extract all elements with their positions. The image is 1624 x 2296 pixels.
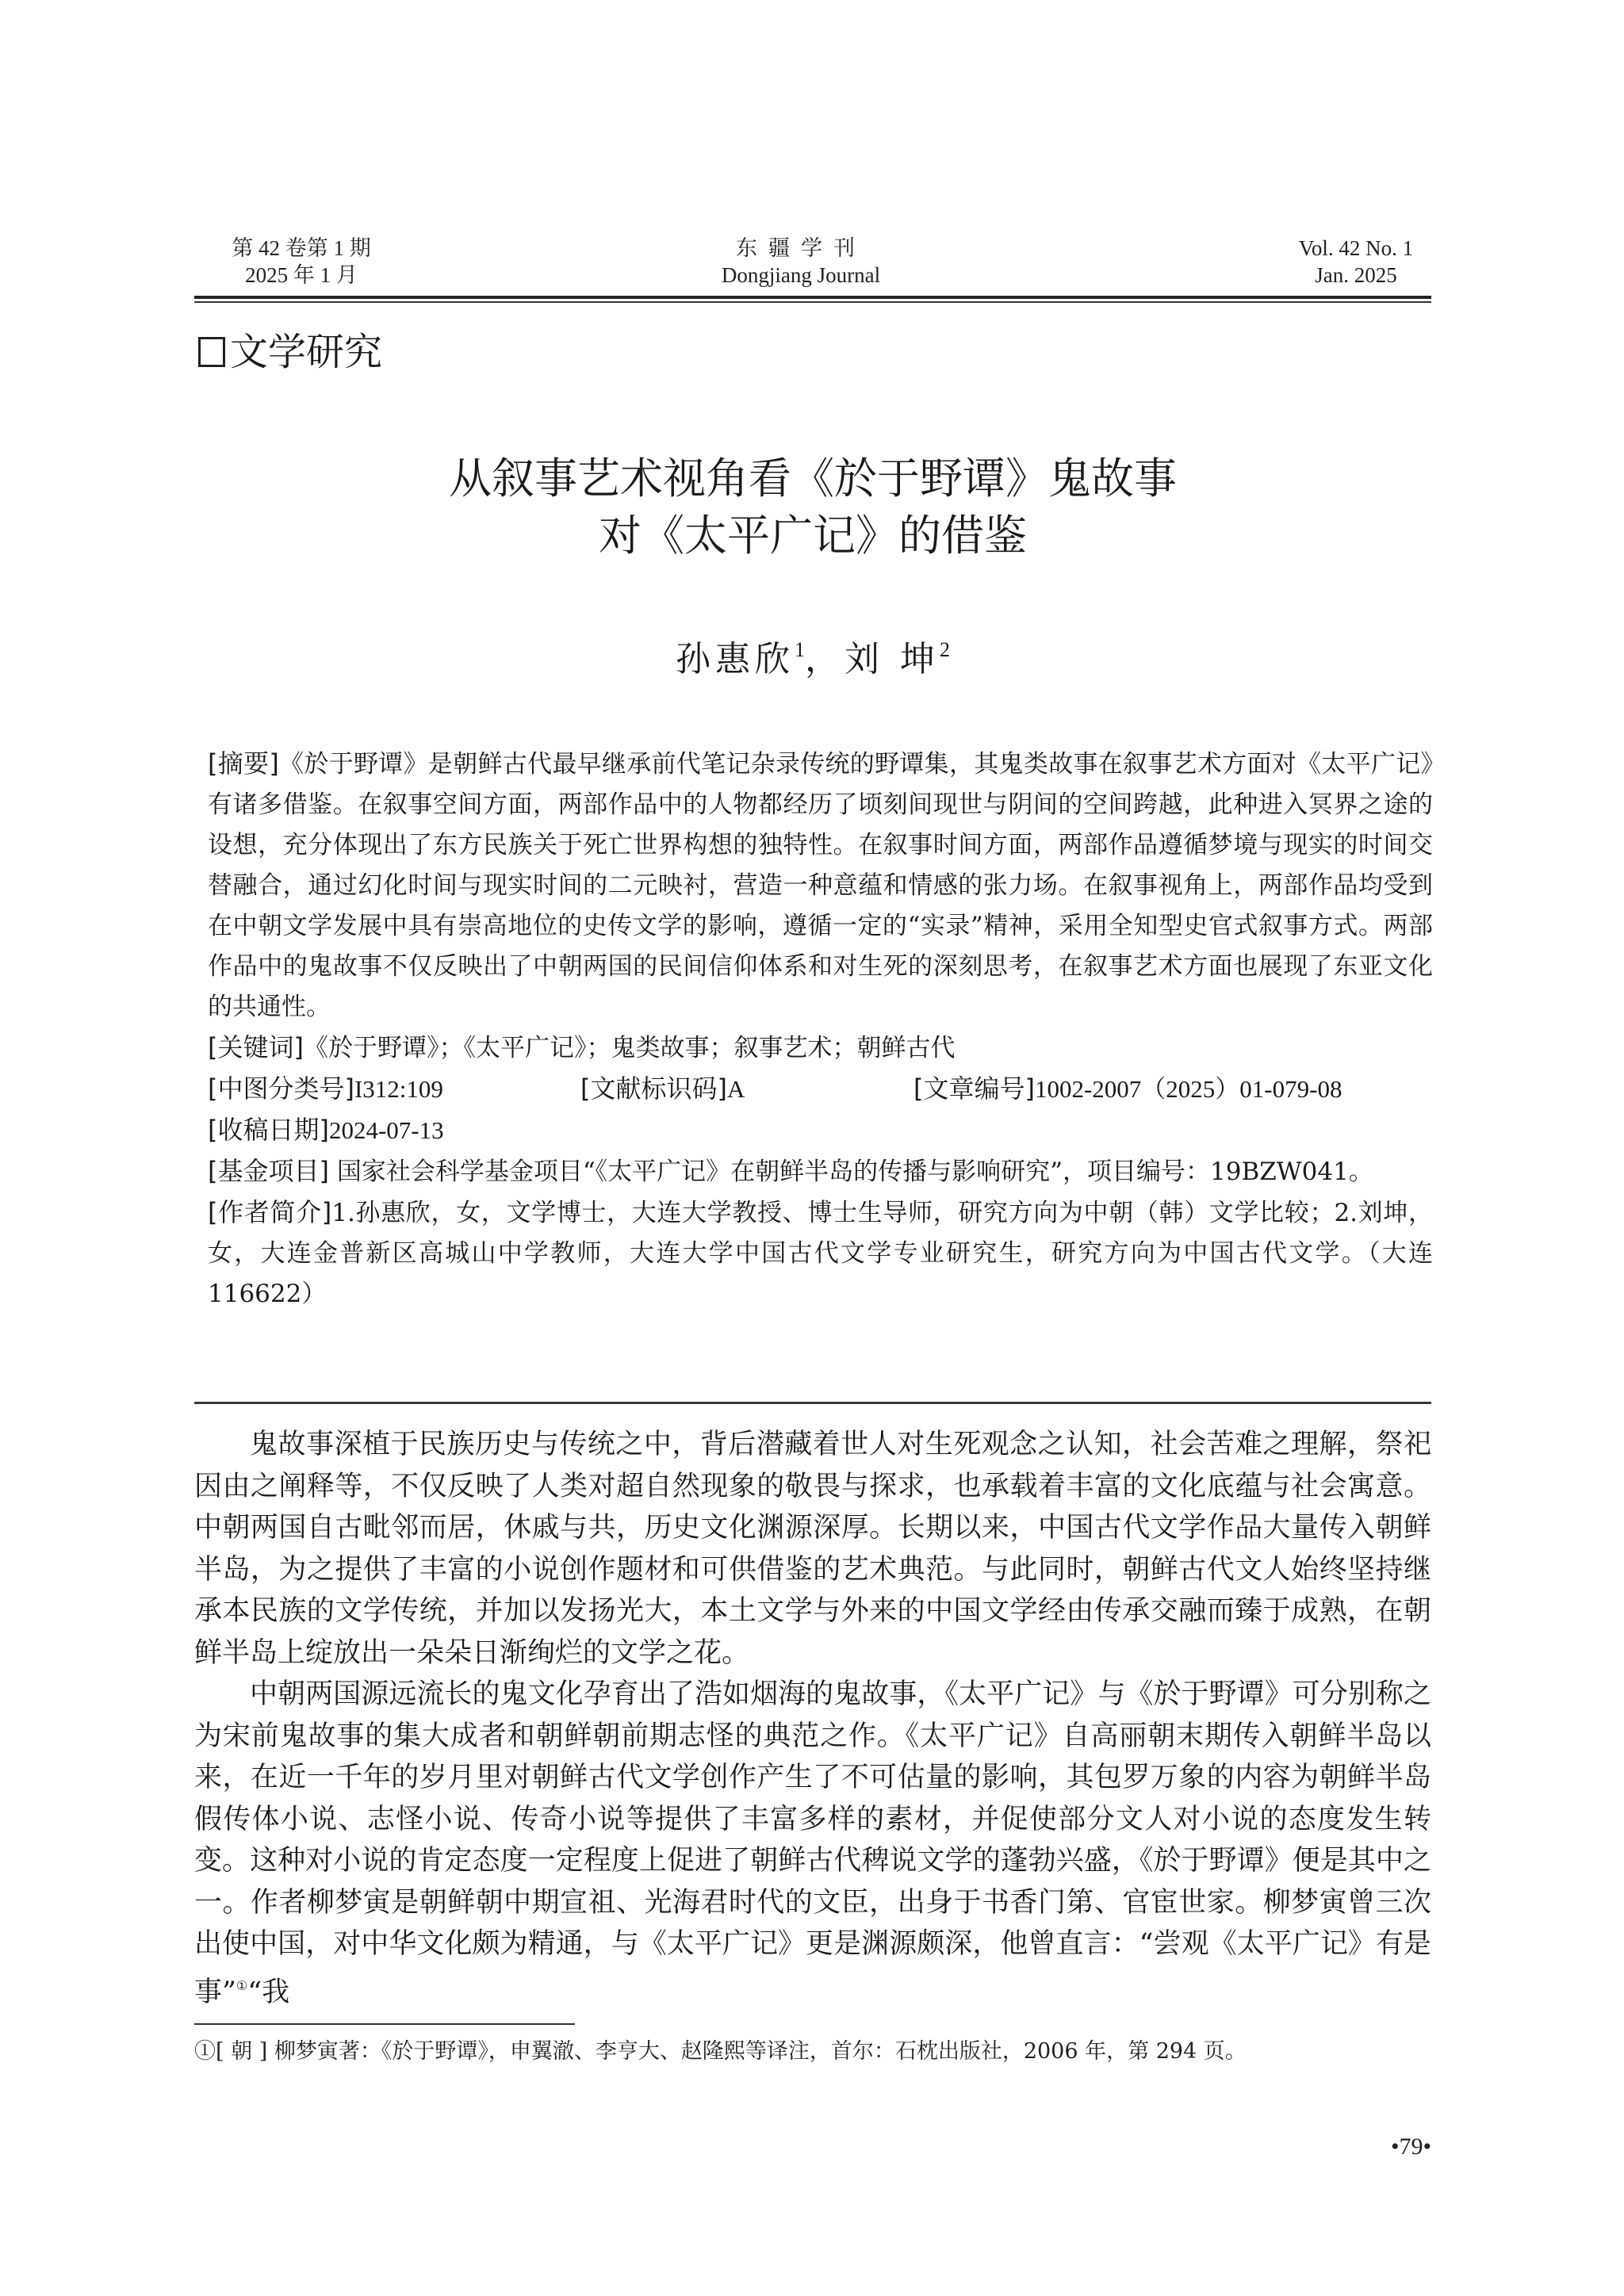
journal-name-english: Dongjiang Journal xyxy=(682,262,920,289)
article-title-line1: 从叙事艺术视角看《於于野谭》鬼故事 xyxy=(194,450,1431,507)
author-2-affiliation: 2 xyxy=(940,638,950,661)
section-label-text: 文学研究 xyxy=(230,327,382,377)
clc-label: [中图分类号] xyxy=(208,1073,354,1104)
body-text: 鬼故事深植于民族历史与传统之中，背后潜藏着世人对生死观念之认知，社会苦难之理解，… xyxy=(194,1424,1431,2013)
body-paragraph-2-text: 中朝两国源远流长的鬼文化孕育出了浩如烟海的鬼故事，《太平广记》与《於于野谭》可分… xyxy=(194,1678,1431,2008)
abstract-body-divider xyxy=(194,1402,1431,1404)
keywords-text: 《於于野谭》；《太平广记》；鬼类故事；叙事艺术；朝鲜古代 xyxy=(304,1034,956,1062)
body-paragraph-2: 中朝两国源远流长的鬼文化孕育出了浩如烟海的鬼故事，《太平广记》与《於于野谭》可分… xyxy=(194,1674,1431,2013)
journal-name-chinese: 东疆学刊 xyxy=(682,235,920,262)
funding-text: 国家社会科学基金项目“《太平广记》在朝鲜半岛的传播与影响研究”，项目编号：19B… xyxy=(329,1158,1373,1186)
header-vol-no: Vol. 42 No. 1 xyxy=(1237,235,1475,262)
body-paragraph-2-trailing: “我 xyxy=(247,1976,289,2008)
footnote-reference[interactable]: ① xyxy=(236,1978,247,1993)
abstract-label: [摘要] xyxy=(208,748,279,779)
page-number: •79• xyxy=(1340,2131,1431,2163)
header-date: 2025 年 1 月 xyxy=(198,262,404,289)
author-1-affiliation: 1 xyxy=(795,638,805,661)
classification-row: [中图分类号]I312:109 [文献标识码]A [文章编号]1002-2007… xyxy=(208,1069,1433,1110)
header-volume: 第 42 卷第 1 期 xyxy=(198,235,404,262)
article-title: 从叙事艺术视角看《於于野谭》鬼故事 对《太平广记》的借鉴 xyxy=(194,450,1431,564)
doc-code-value: A xyxy=(727,1075,745,1103)
section-label: 文学研究 xyxy=(198,327,382,377)
author-bio-label: [作者简介] xyxy=(208,1197,331,1227)
doc-code-label: [文献标识码] xyxy=(580,1073,727,1104)
author-bio-text: 1.孙惠欣，女，文学博士，大连大学教授、博士生导师，研究方向为中朝（韩）文学比较… xyxy=(208,1199,1433,1308)
abstract-block: [摘要]《於于野谭》是朝鲜古代最早继承前代笔记杂录传统的野谭集，其鬼类故事在叙事… xyxy=(208,744,1433,1314)
author-2-name: 刘 坤 xyxy=(845,639,940,679)
funding: [基金项目] 国家社会科学基金项目“《太平广记》在朝鲜半岛的传播与影响研究”，项… xyxy=(208,1151,1433,1192)
keywords: [关键词]《於于野谭》；《太平广记》；鬼类故事；叙事艺术；朝鲜古代 xyxy=(208,1027,1433,1069)
clc-value: I312:109 xyxy=(354,1075,443,1103)
abstract: [摘要]《於于野谭》是朝鲜古代最早继承前代笔记杂录传统的野谭集，其鬼类故事在叙事… xyxy=(208,744,1433,1027)
header-rule-thick xyxy=(194,296,1431,299)
author-line: 孙惠欣1，刘 坤2 xyxy=(194,626,1431,683)
header-month-year: Jan. 2025 xyxy=(1237,262,1475,289)
article-number-label: [文章编号] xyxy=(913,1073,1035,1104)
header-volume-issue: 第 42 卷第 1 期 2025 年 1 月 xyxy=(198,235,404,289)
abstract-text: 《於于野谭》是朝鲜古代最早继承前代笔记杂录传统的野谭集，其鬼类故事在叙事艺术方面… xyxy=(208,750,1433,1021)
header-journal-name: 东疆学刊 Dongjiang Journal xyxy=(682,235,920,289)
body-paragraph-1: 鬼故事深植于民族历史与传统之中，背后潜藏着世人对生死观念之认知，社会苦难之理解，… xyxy=(194,1424,1431,1674)
author-1-name: 孙惠欣 xyxy=(676,639,795,679)
header-volume-english: Vol. 42 No. 1 Jan. 2025 xyxy=(1237,235,1475,289)
article-title-line2: 对《太平广记》的借鉴 xyxy=(194,507,1431,564)
footnote: ①[ 朝 ] 柳梦寅著：《於于野谭》，申翼澈、李亨大、赵隆熙等译注，首尔：石枕出… xyxy=(194,2036,1431,2068)
article-number-value: 1002-2007（2025）01-079-08 xyxy=(1035,1075,1342,1103)
author-separator: ， xyxy=(805,639,845,679)
received-date-value: 2024-07-13 xyxy=(329,1116,444,1144)
author-bio: [作者简介]1.孙惠欣，女，文学博士，大连大学教授、博士生导师，研究方向为中朝（… xyxy=(208,1192,1433,1314)
empty-square-icon xyxy=(198,337,225,367)
received-date: [收稿日期]2024-07-13 xyxy=(208,1110,1433,1151)
received-date-label: [收稿日期] xyxy=(208,1115,329,1145)
footnote-rule xyxy=(194,2023,575,2025)
keywords-label: [关键词] xyxy=(208,1032,304,1062)
header-rule-thin xyxy=(194,301,1431,303)
funding-label: [基金项目] xyxy=(208,1156,329,1186)
